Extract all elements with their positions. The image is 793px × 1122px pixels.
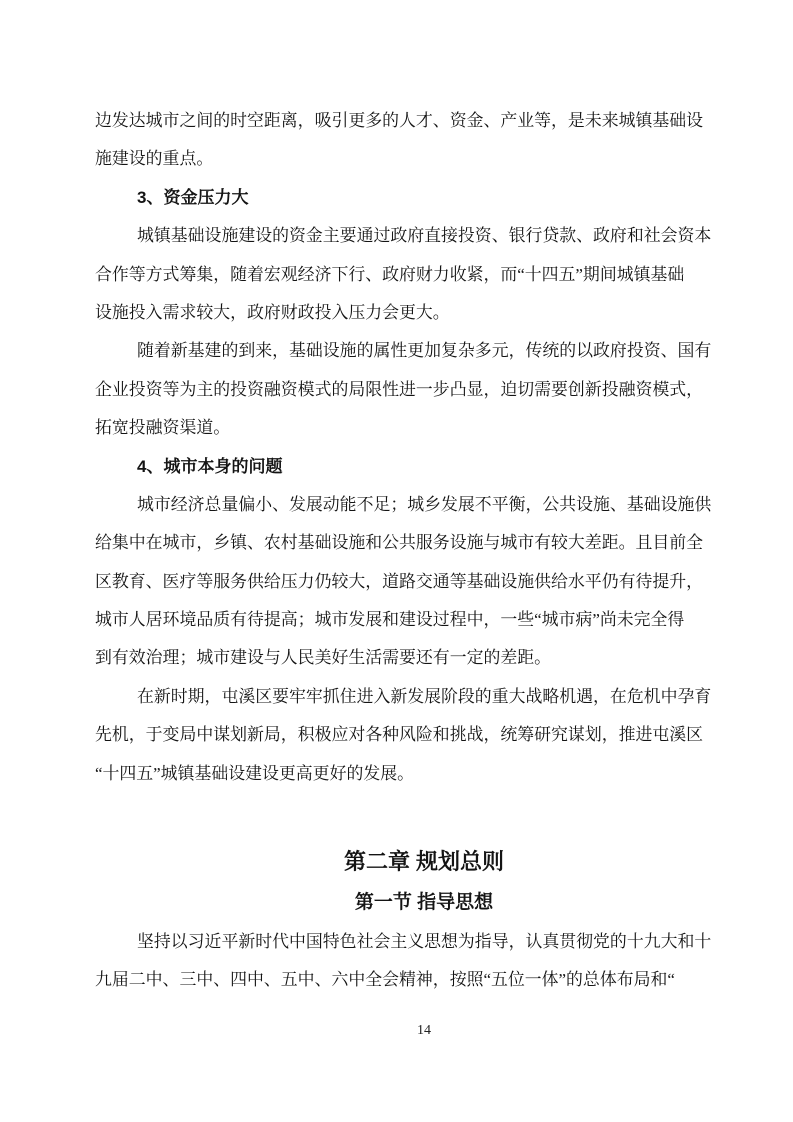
guiding-ideology-paragraph: 坚持以习近平新时代中国特色社会主义思想为指导，认真贯彻党的十九大和十 九届二中、… — [95, 923, 711, 1000]
text-line: 到有效治理；城市建设与人民美好生活需要还有一定的差距。 — [95, 639, 711, 677]
page-number: 14 — [95, 1020, 711, 1042]
subsection-heading-funding-pressure: 3、资金压力大 — [95, 179, 711, 217]
text-line: 先机，于变局中谋划新局，积极应对各种风险和挑战，统筹研究谋划，推进屯溪区 — [95, 716, 711, 754]
text-line: 城镇基础设施建设的资金主要通过政府直接投资、银行贷款、政府和社会资本 — [95, 217, 711, 255]
text-line: 坚持以习近平新时代中国特色社会主义思想为指导，认真贯彻党的十九大和十 — [95, 923, 711, 961]
text-line: 给集中在城市，乡镇、农村基础设施和公共服务设施与城市有较大差距。且目前全 — [95, 524, 711, 562]
text-line: 城市人居环境品质有待提高；城市发展和建设过程中，一些“城市病”尚未完全得 — [95, 601, 711, 639]
text-line: 城市经济总量偏小、发展动能不足；城乡发展不平衡，公共设施、基础设施供 — [95, 486, 711, 524]
chapter-heading: 第二章 规划总则 — [95, 842, 711, 882]
text-line: 九届二中、三中、四中、五中、六中全会精神，按照“五位一体”的总体布局和“ — [95, 961, 711, 999]
text-line: “十四五”城镇基础设建设更高更好的发展。 — [95, 755, 711, 793]
text-line: 拓宽投融资渠道。 — [95, 409, 711, 447]
text-line: 区教育、医疗等服务供给压力仍较大，道路交通等基础设施供给水平仍有待提升， — [95, 563, 711, 601]
body-text-block: 边发达城市之间的时空距离，吸引更多的人才、资金、产业等，是未来城镇基础设 施建设… — [95, 102, 711, 793]
subsection-heading-city-problems: 4、城市本身的问题 — [95, 448, 711, 486]
section-heading: 第一节 指导思想 — [95, 884, 711, 922]
text-line: 随着新基建的到来，基础设施的属性更加复杂多元，传统的以政府投资、国有 — [95, 332, 711, 370]
text-line: 设施投入需求较大，政府财政投入压力会更大。 — [95, 294, 711, 332]
text-line: 在新时期，屯溪区要牢牢抓住进入新发展阶段的重大战略机遇，在危机中孕育 — [95, 678, 711, 716]
text-line: 合作等方式筹集，随着宏观经济下行、政府财力收紧，而“十四五”期间城镇基础 — [95, 256, 711, 294]
text-line: 企业投资等为主的投资融资模式的局限性进一步凸显，迫切需要创新投融资模式， — [95, 371, 711, 409]
text-line: 施建设的重点。 — [95, 140, 711, 178]
document-page: 边发达城市之间的时空距离，吸引更多的人才、资金、产业等，是未来城镇基础设 施建设… — [0, 0, 793, 1122]
text-line: 边发达城市之间的时空距离，吸引更多的人才、资金、产业等，是未来城镇基础设 — [95, 102, 711, 140]
